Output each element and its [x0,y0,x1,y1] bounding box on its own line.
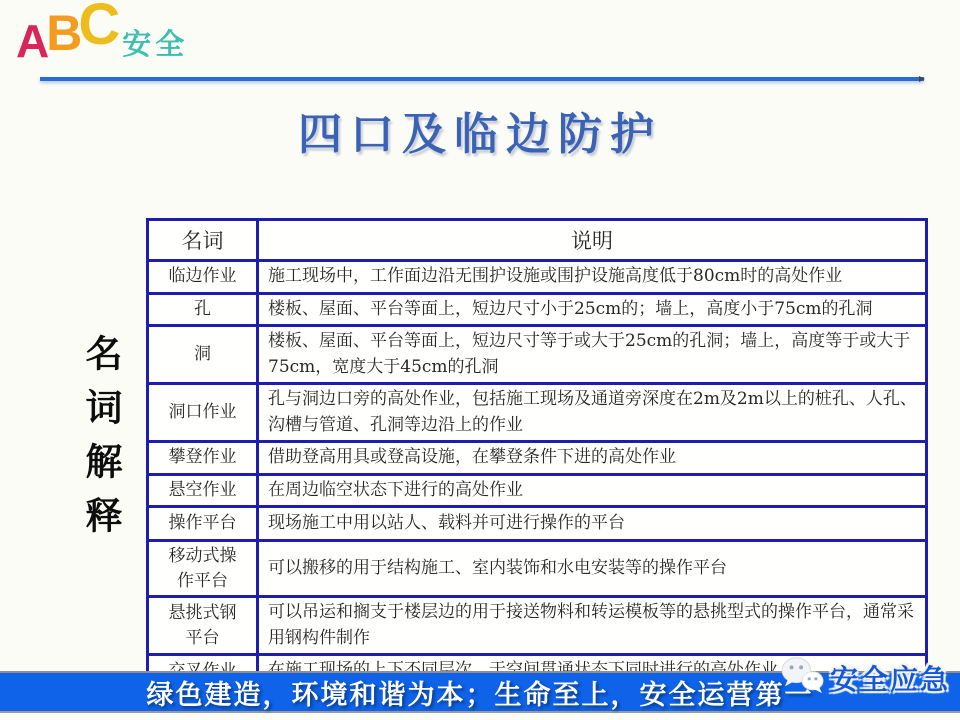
abc-safety-logo: A B C 安全 [16,4,188,62]
table-row: 孔 楼板、屋面、平台等面上，短边尺寸小于25cm的；墙上，高度小于75cm的孔洞 [148,293,927,326]
wechat-watermark: 安全应急 [780,655,950,700]
logo-letter-c: C [78,0,120,54]
term-cell: 悬挑式钢平台 [148,597,258,655]
desc-cell: 孔与洞边口旁的高处作业，包括施工现场及通道旁深度在2m及2m以上的桩孔、人孔、沟… [258,384,927,442]
logo-suffix: 安全 [122,31,188,60]
table-row: 悬空作业 在周边临空状态下进行的高处作业 [148,474,927,507]
desc-cell: 在周边临空状态下进行的高处作业 [258,474,927,507]
table-row: 悬挑式钢平台 可以吊运和搁支于楼层边的用于接送物料和转运模板等的悬挑型式的操作平… [148,597,927,655]
term-cell: 移动式操作平台 [148,541,258,597]
header-divider-line [40,77,924,81]
footer-slogan: 绿色建造，环境和谐为本；生命至上，安全运营第一 [147,673,814,712]
table-row: 操作平台 现场施工中用以站人、载料并可进行操作的平台 [148,507,927,541]
term-cell: 孔 [148,293,258,326]
definitions-table: 名词 说明 临边作业 施工现场中，工作面边沿无围护设施或围护设施高度低于80cm… [146,218,928,689]
logo-letter-b: B [46,8,82,58]
column-header-desc: 说明 [258,220,927,261]
desc-cell: 现场施工中用以站人、载料并可进行操作的平台 [258,507,927,541]
term-cell: 攀登作业 [148,442,258,475]
desc-cell: 楼板、屋面、平台等面上，短边尺寸等于或大于25cm的孔洞；墙上，高度等于或大于7… [258,326,927,384]
desc-cell: 可以吊运和搁支于楼层边的用于接送物料和转运模板等的悬挑型式的操作平台，通常采用钢… [258,597,927,655]
wechat-icon [780,655,826,700]
table-row: 洞 楼板、屋面、平台等面上，短边尺寸等于或大于25cm的孔洞；墙上，高度等于或大… [148,326,927,384]
table-row: 临边作业 施工现场中，工作面边沿无围护设施或围护设施高度低于80cm时的高处作业 [148,261,927,294]
term-cell: 洞 [148,326,258,384]
table-row: 洞口作业 孔与洞边口旁的高处作业，包括施工现场及通道旁深度在2m及2m以上的桩孔… [148,384,927,442]
table-header-row: 名词 说明 [148,220,927,261]
section-label-vertical: 名词解释 [82,334,119,550]
term-cell: 悬空作业 [148,474,258,507]
term-cell: 操作平台 [148,507,258,541]
slide: A B C 安全 四口及临边防护 名词解释 名词 说明 临边作业 施工现场中，工… [0,0,960,720]
term-cell: 临边作业 [148,261,258,294]
desc-cell: 可以搬移的用于结构施工、室内装饰和水电安装等的操作平台 [258,541,927,597]
page-title: 四口及临边防护 [0,98,960,162]
column-header-term: 名词 [148,220,258,261]
table-row: 攀登作业 借助登高用具或登高设施，在攀登条件下进的高处作业 [148,442,927,475]
table-row: 移动式操作平台 可以搬移的用于结构施工、室内装饰和水电安装等的操作平台 [148,541,927,597]
desc-cell: 施工现场中，工作面边沿无围护设施或围护设施高度低于80cm时的高处作业 [258,261,927,294]
watermark-label: 安全应急 [830,658,950,698]
logo-letter-a: A [16,18,49,64]
term-cell: 洞口作业 [148,384,258,442]
desc-cell: 借助登高用具或登高设施，在攀登条件下进的高处作业 [258,442,927,475]
desc-cell: 楼板、屋面、平台等面上，短边尺寸小于25cm的；墙上，高度小于75cm的孔洞 [258,293,927,326]
